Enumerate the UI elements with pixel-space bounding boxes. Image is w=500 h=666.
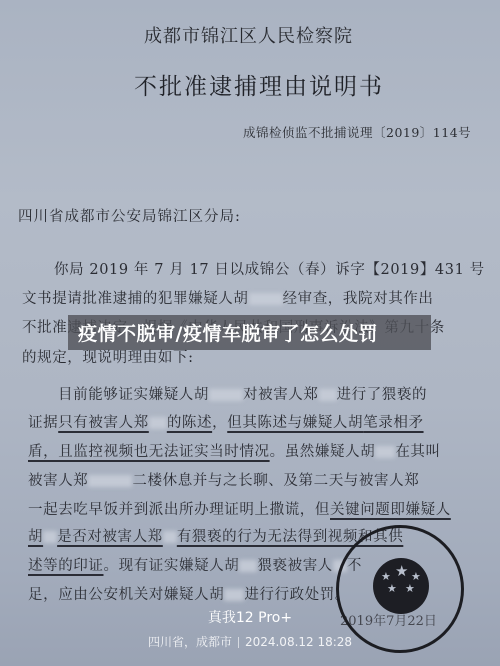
intro-line: 你局 2019 年 7 月 17 日以成锦公（春）诉字【2019】431 号 <box>54 258 485 279</box>
intro-text: 文书提请批准逮捕的犯罪嫌疑人胡 <box>22 291 249 307</box>
underlined-text: 关键问题即嫌疑人 <box>330 502 451 518</box>
reason-text: 。虽然嫌疑人胡 <box>270 444 376 460</box>
underlined-text: 盾，且监控视频也无法证实当时情况 <box>28 444 270 460</box>
reason-text: 足，应由公安机关对嫌疑人胡 <box>28 587 224 603</box>
reason-text: ， <box>212 415 227 431</box>
reason-line: 证据只有被害人郑的陈述，但其陈述与嫌疑人胡笔录相矛 <box>28 411 424 432</box>
reason-text: 一起去吃早饭并到派出所办理证明上撒谎，但 <box>28 502 330 518</box>
underlined-text: 胡 <box>28 529 43 545</box>
reason-line: 足，应由公安机关对嫌疑人胡进行行政处罚。 <box>28 583 350 604</box>
document-title: 不批准逮捕理由说明书 <box>134 68 384 101</box>
reason-text: 进行行政处罚。 <box>244 587 350 603</box>
location-time-watermark: 四川省，成都市2024.08.12 18:28 <box>0 633 500 650</box>
redacted-name <box>209 389 243 401</box>
reason-text: 猥亵被害人 <box>257 558 333 574</box>
reason-text: 被害人郑 <box>28 473 88 489</box>
underlined-text: 是否对被害人郑 <box>57 529 163 545</box>
redacted-name <box>88 475 132 487</box>
issuer-name: 成都市锦江区人民检察院 <box>144 22 353 48</box>
redacted-name <box>43 531 57 543</box>
headline-text: 疫情不脱审/疫情车脱审了怎么处罚 <box>78 319 378 346</box>
location-text: 四川省，成都市 <box>148 635 232 649</box>
reason-line: 一起去吃早饭并到派出所办理证明上撒谎，但关键问题即嫌疑人 <box>28 498 451 519</box>
underlined-text: 的陈述 <box>167 415 212 431</box>
redacted-name <box>319 389 337 401</box>
reason-text: 二楼休息并与之长聊、及第二天与被害人郑 <box>132 473 419 489</box>
redacted-name <box>239 560 257 572</box>
reason-text: 在其叫 <box>395 444 440 460</box>
reason-line: 盾，且监控视频也无法证实当时情况。虽然嫌疑人胡在其叫 <box>28 440 441 461</box>
redacted-name <box>149 417 167 429</box>
underlined-text: 但其陈述与嫌疑人胡 <box>227 415 363 431</box>
reason-text: 目前能够证实嫌疑人胡 <box>58 387 209 403</box>
underlined-text: 只有被害人郑 <box>58 415 149 431</box>
reason-text: 。现有证实嫌疑人胡 <box>104 558 240 574</box>
national-emblem-icon: ★ ★ ★ ★ ★ <box>373 558 429 614</box>
reason-line: 被害人郑二楼休息并与之长聊、及第二天与被害人郑 <box>28 469 419 490</box>
camera-model-watermark: 真我12 Pro+ <box>0 607 500 627</box>
reason-text: 证据 <box>28 415 58 431</box>
redacted-name <box>249 293 283 305</box>
separator <box>238 637 239 648</box>
reason-line: 目前能够证实嫌疑人胡对被害人郑进行了猥亵的 <box>58 383 427 404</box>
underlined-text: 笔录相矛 <box>363 415 423 431</box>
addressee: 四川省成都市公安局锦江区分局: <box>18 205 241 226</box>
intro-text: 经审查，我院对其作出 <box>283 291 434 307</box>
intro-line: 文书提请批准逮捕的犯罪嫌疑人胡经审查，我院对其作出 <box>22 287 434 308</box>
reason-line: 述等的印证。现有证实嫌疑人胡猥亵被害人不 <box>28 554 362 575</box>
reason-line: 胡是否对被害人郑有猥亵的行为无法得到视频和其供 <box>28 525 403 546</box>
underlined-text: 述等的印证 <box>28 558 104 574</box>
redacted-name <box>375 446 395 458</box>
redacted-name <box>163 531 177 543</box>
document-number: 成锦检侦监不批捕说理〔2019〕114号 <box>243 123 471 141</box>
datetime-text: 2024.08.12 18:28 <box>245 635 352 649</box>
reason-text: 进行了猥亵的 <box>337 387 428 403</box>
reason-text: 对被害人郑 <box>243 387 319 403</box>
redacted-name <box>224 589 244 601</box>
